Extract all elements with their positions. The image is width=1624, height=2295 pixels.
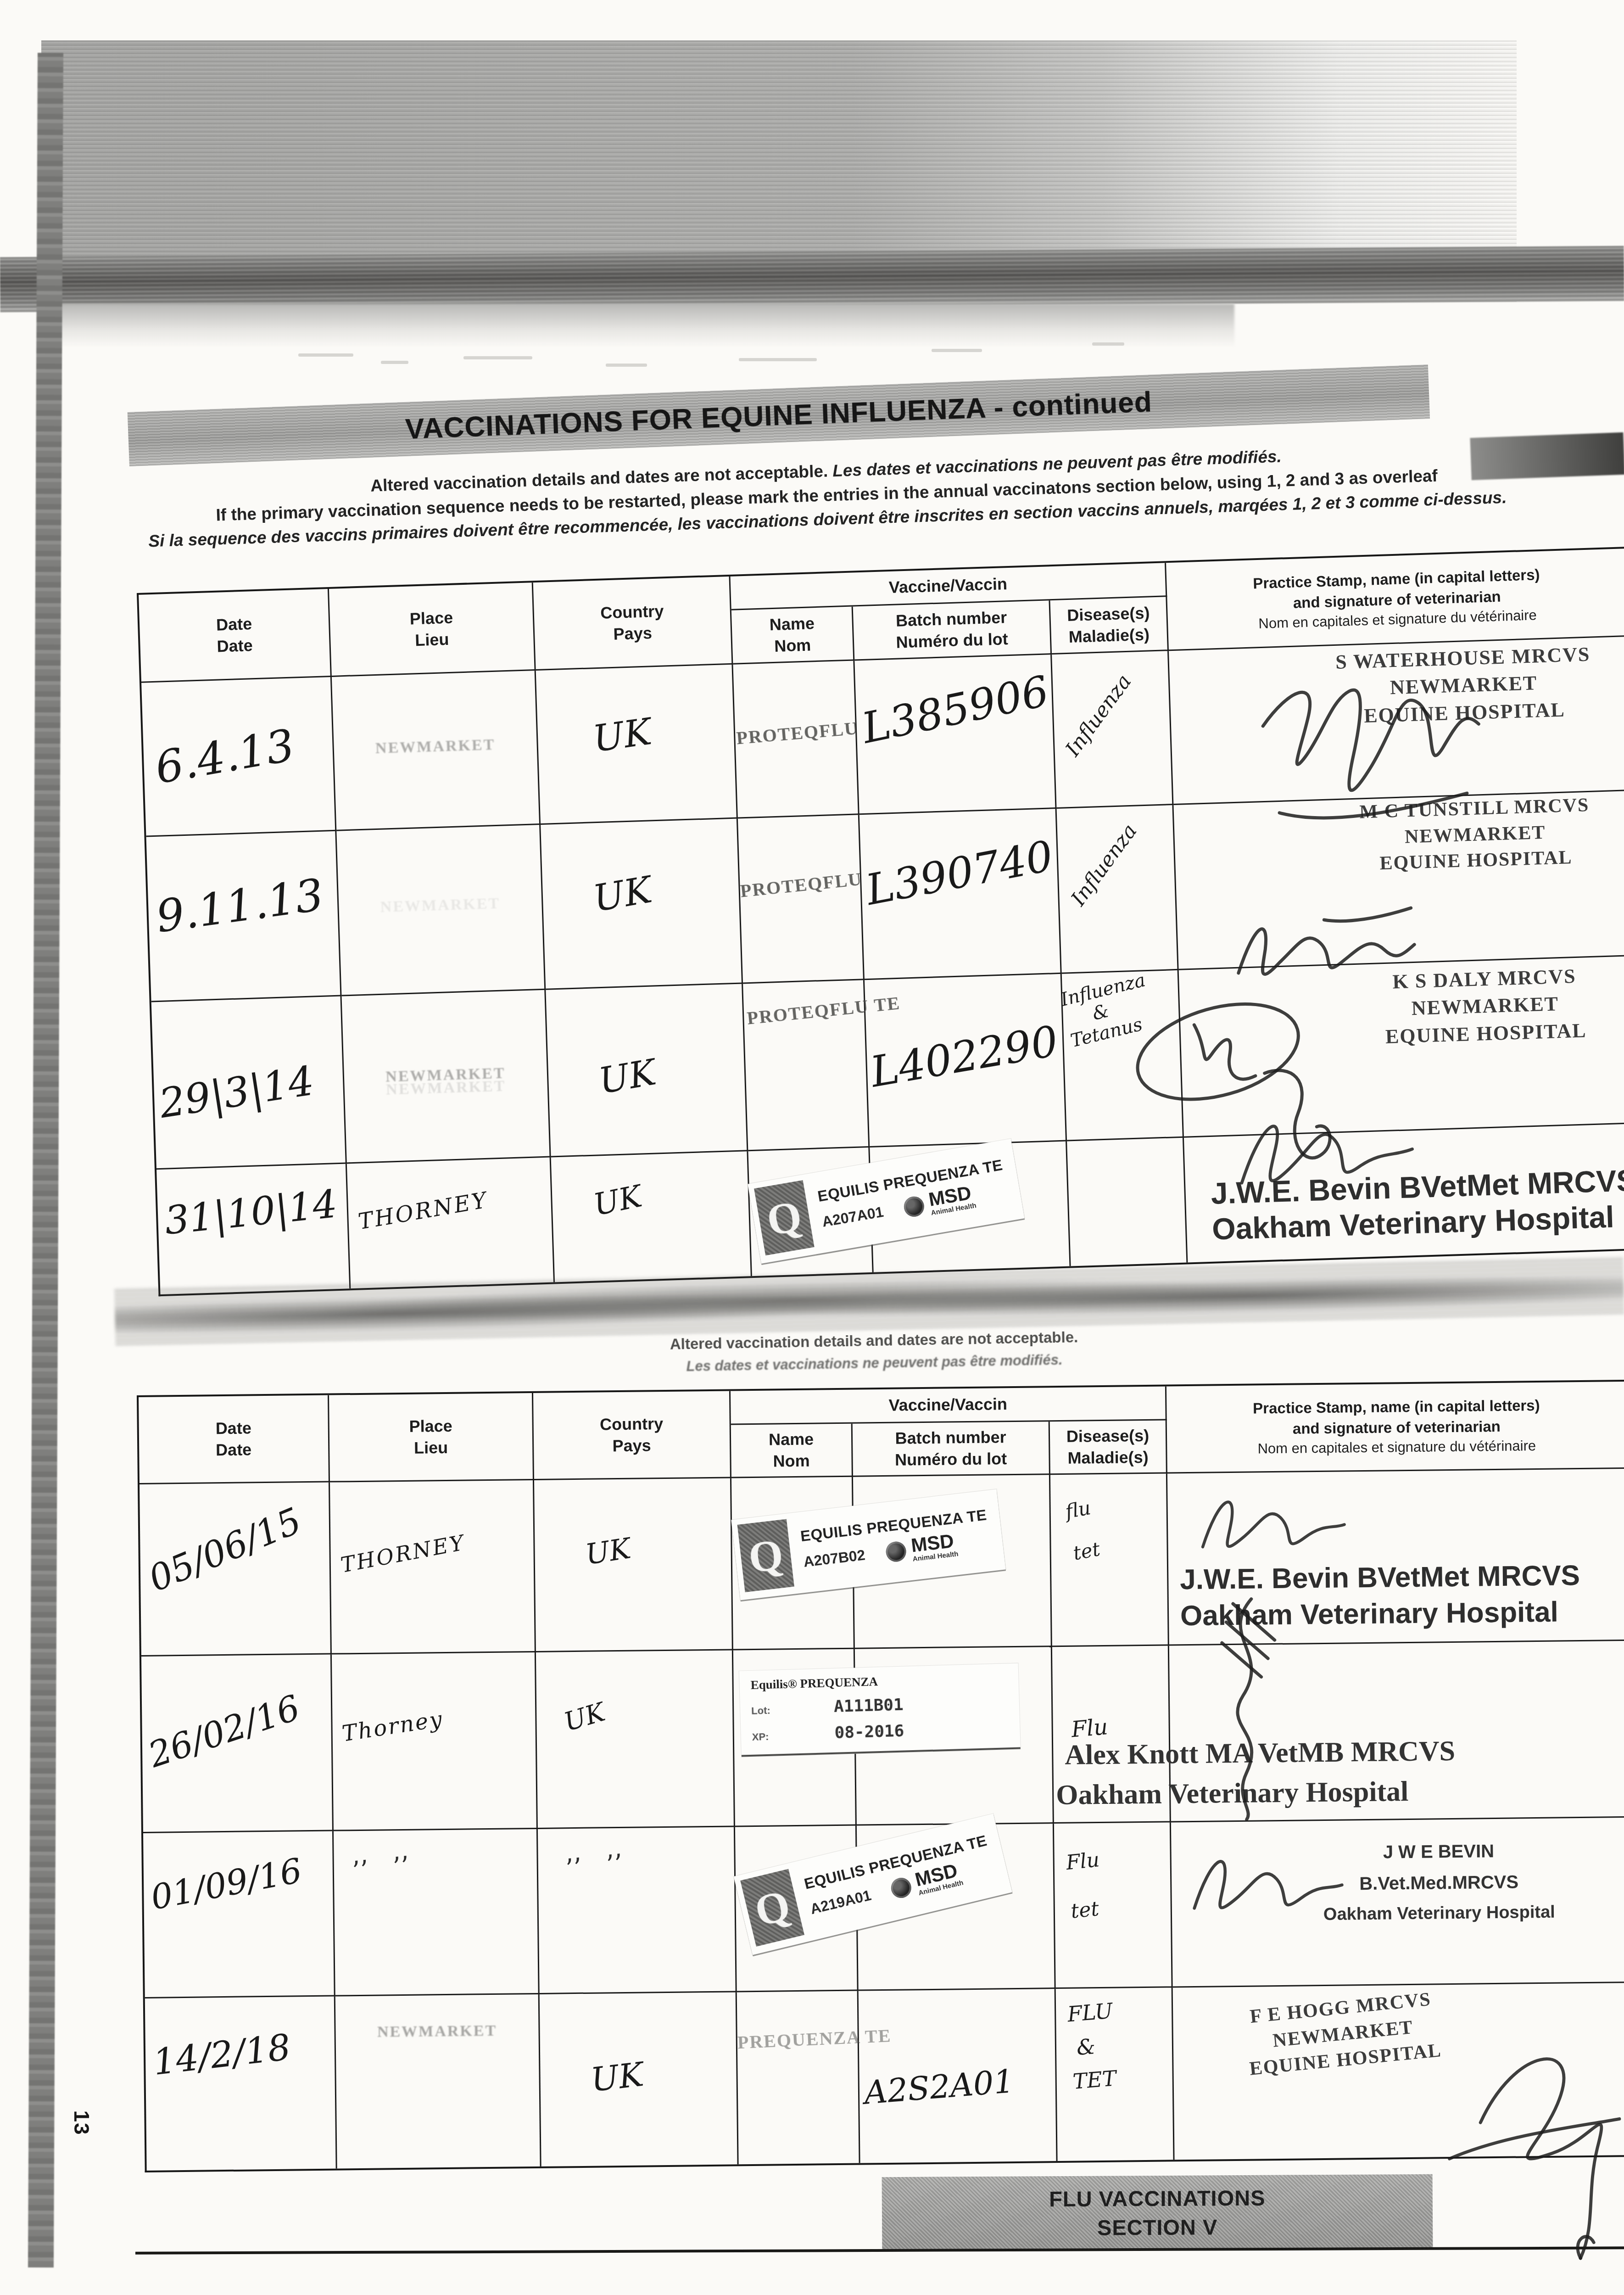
row-date: 29|3|14 [151, 996, 347, 1170]
row-disease: Influenza [1052, 651, 1173, 809]
row-vaccine-sticker-cell: Q EQUILIS PREQUENZA TE A219A01 MSDAnimal… [735, 1826, 859, 1993]
row-date: 01/09/16 [143, 1831, 335, 1998]
header-country: CountryPays [533, 1391, 731, 1480]
row-country: UK [540, 1992, 739, 2166]
scan-speck [381, 361, 408, 364]
prequenza-q-icon: Q [737, 1519, 794, 1592]
row-place: Thorney [332, 1652, 538, 1831]
row-place: THORNEY [330, 1480, 536, 1655]
scanned-vaccination-page: { "colors":{"ink":"#1b1b1b","stamp_ink":… [0, 0, 1624, 2295]
row-country: UK [551, 1151, 752, 1282]
header-vaccine-group: Vaccine/Vaccin [731, 1387, 1167, 1425]
row-place: THORNEY [347, 1158, 555, 1289]
scan-speck [932, 349, 982, 352]
signature [1224, 1098, 1425, 1210]
signature [1186, 1478, 1361, 1572]
row-batch: L390740 [859, 809, 1062, 980]
row-country: UK [546, 984, 748, 1157]
header-date: DateDate [139, 589, 332, 683]
signature [1182, 1584, 1304, 1825]
row-date: 14/2/18 [145, 1997, 337, 2171]
row-vaccine-sticker-cell: Q EQUILIS PREQUENZA TE A207B02 MSDAnimal… [731, 1477, 855, 1651]
vaccination-table-upper: DateDate PlaceLieu CountryPays Vaccine/V… [137, 547, 1624, 1296]
section-box-line2: SECTION V [1097, 2212, 1218, 2242]
bottom-rule [135, 2246, 1624, 2254]
section-box: FLU VACCINATIONS SECTION V [882, 2174, 1433, 2251]
header-disease: Disease(s)Maladie(s) [1050, 1420, 1167, 1475]
scan-noise-fade [41, 304, 1234, 347]
row-place: NEWMARKET [336, 825, 546, 996]
row-vaccine-sticker-cell: Q EQUILIS PREQUENZA TE A207A01 MSDAnimal… [748, 1147, 873, 1276]
header-date: DateDate [139, 1395, 330, 1484]
row-vaccine-name: PROTEQFLU TE [743, 980, 870, 1151]
scan-speck [463, 356, 532, 359]
header-batch: Batch numberNuméro du lot [853, 600, 1052, 661]
row-date: 31|10|14 [156, 1164, 351, 1294]
row-country: UK [534, 1478, 733, 1652]
row-date: 26/02/16 [141, 1655, 334, 1833]
row-date: 6.4.13 [141, 677, 336, 837]
row-date: 05/06/15 [140, 1483, 332, 1657]
scan-binding-strip [28, 53, 63, 2267]
header-vaccine-name: NameNom [731, 1424, 853, 1478]
row-batch: L385906 [854, 655, 1056, 815]
header-country: CountryPays [533, 577, 733, 671]
page-number: 13 [69, 2110, 94, 2135]
section-box-line1: FLU VACCINATIONS [1049, 2183, 1266, 2213]
vaccination-table-lower: DateDate PlaceLieu CountryPays Vaccine/V… [137, 1380, 1624, 2172]
row-disease: FLU & TET [1056, 1987, 1175, 2161]
vaccine-label: Equilis® PREQUENZA Lot: A111B01 XP: 08-2… [739, 1663, 1021, 1757]
signature [1185, 1834, 1351, 1937]
row-disease: Flu tet [1054, 1822, 1173, 1989]
signature [1430, 2010, 1624, 2269]
scan-speck [298, 353, 353, 357]
row-place: NEWMARKET [335, 1994, 541, 2169]
row-country: UK [536, 1650, 735, 1829]
row-batch: A2S2A01 [859, 1989, 1058, 2163]
header-place: PlaceLieu [329, 582, 536, 677]
row-country: ’’ ’’ [538, 1827, 737, 1994]
row-practice-stamp: J W E BEVIN B.Vet.Med.MRCVS Oakham Veter… [1171, 1818, 1624, 1987]
row-place: NEWMARKET [332, 671, 541, 831]
scan-speck [1092, 342, 1124, 346]
row-place: NEWMARKET [342, 990, 551, 1164]
row-vaccine-name: PROTEQFLU [738, 815, 865, 984]
scan-speck [606, 364, 647, 367]
header-stamp: Practice Stamp, name (in capital letters… [1166, 1382, 1624, 1473]
row-date: 9.11.13 [146, 831, 342, 1002]
header-vaccine-name: NameNom [731, 607, 855, 665]
row-disease: flu tet [1050, 1473, 1169, 1647]
row-vaccine-label-cell: Equilis® PREQUENZA Lot: A111B01 XP: 08-2… [733, 1649, 857, 1827]
scan-speck [739, 358, 817, 361]
page-title: VACCINATIONS FOR EQUINE INFLUENZA - cont… [405, 386, 1153, 446]
row-practice-stamp: S WATERHOUSE MRCVS NEWMARKET EQUINE HOSP… [1169, 637, 1624, 805]
row-place: ’’ ’’ [334, 1829, 540, 1997]
row-vaccine-name: PROTEQFLU [733, 661, 859, 818]
prequenza-q-icon: Q [740, 1869, 804, 1947]
scan-dark-band [0, 246, 1624, 313]
header-place: PlaceLieu [329, 1393, 534, 1483]
row-practice-stamp: Alex Knott MA VetMB MRCVS Oakham Veterin… [1169, 1641, 1624, 1822]
row-country: UK [536, 665, 738, 825]
header-batch: Batch numberNuméro du lot [853, 1422, 1050, 1477]
header-disease: Disease(s)Maladie(s) [1050, 597, 1169, 655]
signature [1238, 655, 1501, 860]
prequenza-q-icon: Q [754, 1180, 815, 1255]
row-vaccine-name: PREQUENZA TE [737, 1991, 860, 2165]
row-practice-stamp: F E HOGG MRCVS NEWMARKET EQUINE HOSPITAL [1173, 1983, 1624, 2160]
row-practice-stamp: J.W.E. Bevin BVetMet MRCVS Oakham Veteri… [1184, 1124, 1624, 1263]
header-stamp: Practice Stamp, name (in capital letters… [1166, 549, 1624, 651]
row-country: UK [541, 819, 743, 990]
msd-logo-icon: MSDAnimal Health [885, 1532, 959, 1566]
row-disease: Influenza [1057, 805, 1179, 974]
